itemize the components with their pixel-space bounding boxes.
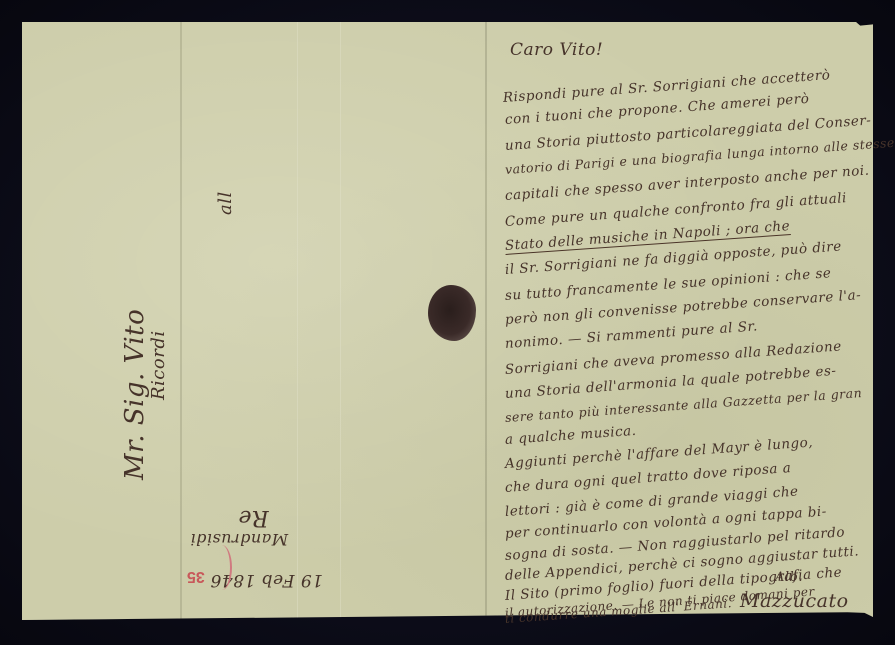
place-name: Mandrusidi	[190, 530, 288, 549]
signature: Mazzucato	[740, 590, 849, 612]
addressee-surname: Ricordi	[148, 330, 169, 400]
archive-number: 35	[187, 567, 205, 585]
fold-line	[180, 22, 182, 620]
wax-seal-icon	[428, 285, 476, 341]
salutation: Caro Vito!	[510, 40, 603, 60]
fold-line	[340, 22, 341, 620]
side-mark: all	[215, 191, 236, 215]
fold-line	[485, 22, 487, 620]
fold-line	[297, 22, 298, 620]
signature-flourish: Alb.	[775, 570, 803, 585]
postmark: Re	[238, 505, 269, 530]
archive-bracket	[212, 545, 232, 590]
addressee-name: Mr. Sig. Vito	[120, 309, 150, 480]
